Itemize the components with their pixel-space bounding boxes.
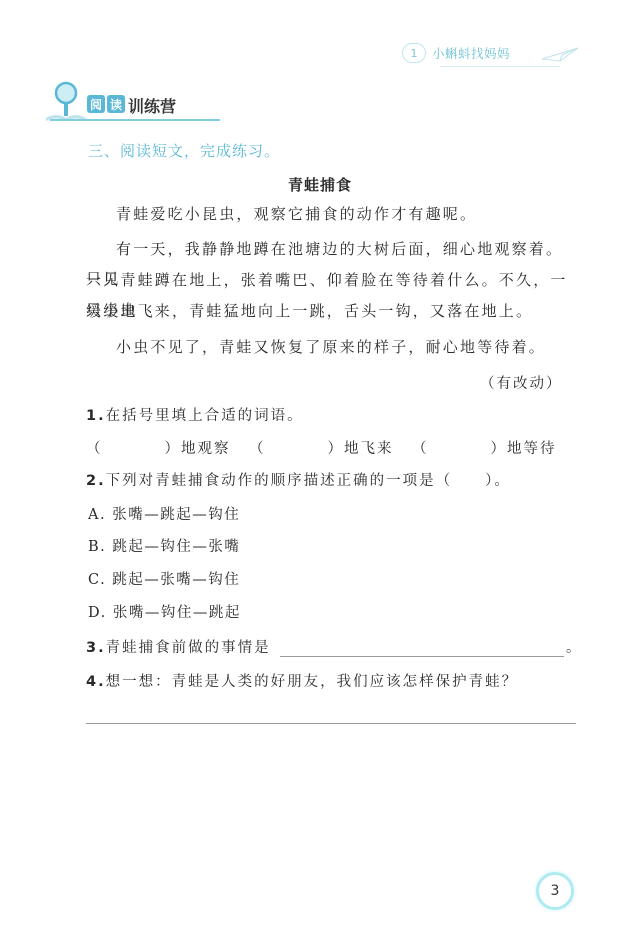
question-number: 3. — [86, 640, 106, 656]
option-c[interactable]: C. 跳起—张嘴—钩住 — [88, 568, 240, 589]
badge-char: 阅 — [87, 95, 105, 113]
fill-blank[interactable]: （）地飞来 — [249, 437, 412, 458]
page-number: 3 — [536, 872, 574, 910]
chapter-number: 1 — [402, 43, 426, 63]
section-underline — [50, 119, 220, 121]
question-text: 想一想：青蛙是人类的好朋友，我们应该怎样保护青蛙？ — [106, 674, 519, 690]
chapter-underline — [440, 66, 560, 67]
fill-blank-row: （）地观察 （）地飞来 （）地等待 — [86, 437, 586, 458]
section-title: 训练营 — [128, 94, 176, 117]
question-number: 2. — [86, 473, 106, 489]
chapter-title: 小蝌蚪找妈妈 — [432, 44, 510, 62]
fill-blank[interactable]: （）地等待 — [412, 437, 557, 458]
instruction: 三、阅读短文，完成练习。 — [88, 140, 280, 161]
passage-paragraph: 小虫不见了，青蛙又恢复了原来的样子，耐心地等待着。 — [86, 332, 576, 362]
section-badge: 阅 读 训练营 — [36, 80, 226, 124]
fill-blank[interactable]: （）地观察 — [86, 437, 249, 458]
question-text: 青蛙捕食前做的事情是 — [106, 640, 271, 656]
magnifier-book-icon — [42, 80, 86, 124]
source-note: （有改动） — [480, 372, 563, 393]
option-b[interactable]: B. 跳起—钩住—张嘴 — [88, 535, 240, 556]
question-text: 在括号里填上合适的词语。 — [106, 408, 304, 424]
paper-plane-icon — [540, 45, 580, 65]
passage-paragraph-line: 缓缓地飞来，青蛙猛地向上一跳，舌头一钩，又落在地上。 — [86, 296, 576, 326]
question-4: 4.想一想：青蛙是人类的好朋友，我们应该怎样保护青蛙？ — [86, 670, 518, 691]
question-text: 下列对青蛙捕食动作的顺序描述正确的一项是（ ）。 — [106, 473, 511, 489]
question-2: 2.下列对青蛙捕食动作的顺序描述正确的一项是（ ）。 — [86, 469, 511, 490]
q3-answer-line[interactable] — [280, 656, 564, 657]
passage-paragraph: 青蛙爱吃小昆虫，观察它捕食的动作才有趣呢。 — [86, 199, 576, 229]
passage-title: 青蛙捕食 — [0, 174, 640, 195]
option-a[interactable]: A. 张嘴—跳起—钩住 — [88, 503, 240, 524]
question-1: 1.在括号里填上合适的词语。 — [86, 404, 304, 425]
chapter-tag: 1 小蝌蚪找妈妈 — [402, 42, 510, 64]
option-d[interactable]: D. 张嘴—钩住—跳起 — [88, 601, 241, 622]
question-3: 3.青蛙捕食前做的事情是 — [86, 636, 271, 657]
q4-answer-line[interactable] — [86, 723, 576, 724]
badge-char: 读 — [107, 95, 125, 113]
question-number: 1. — [86, 408, 106, 424]
question-number: 4. — [86, 674, 106, 690]
end-punct: 。 — [566, 636, 583, 657]
